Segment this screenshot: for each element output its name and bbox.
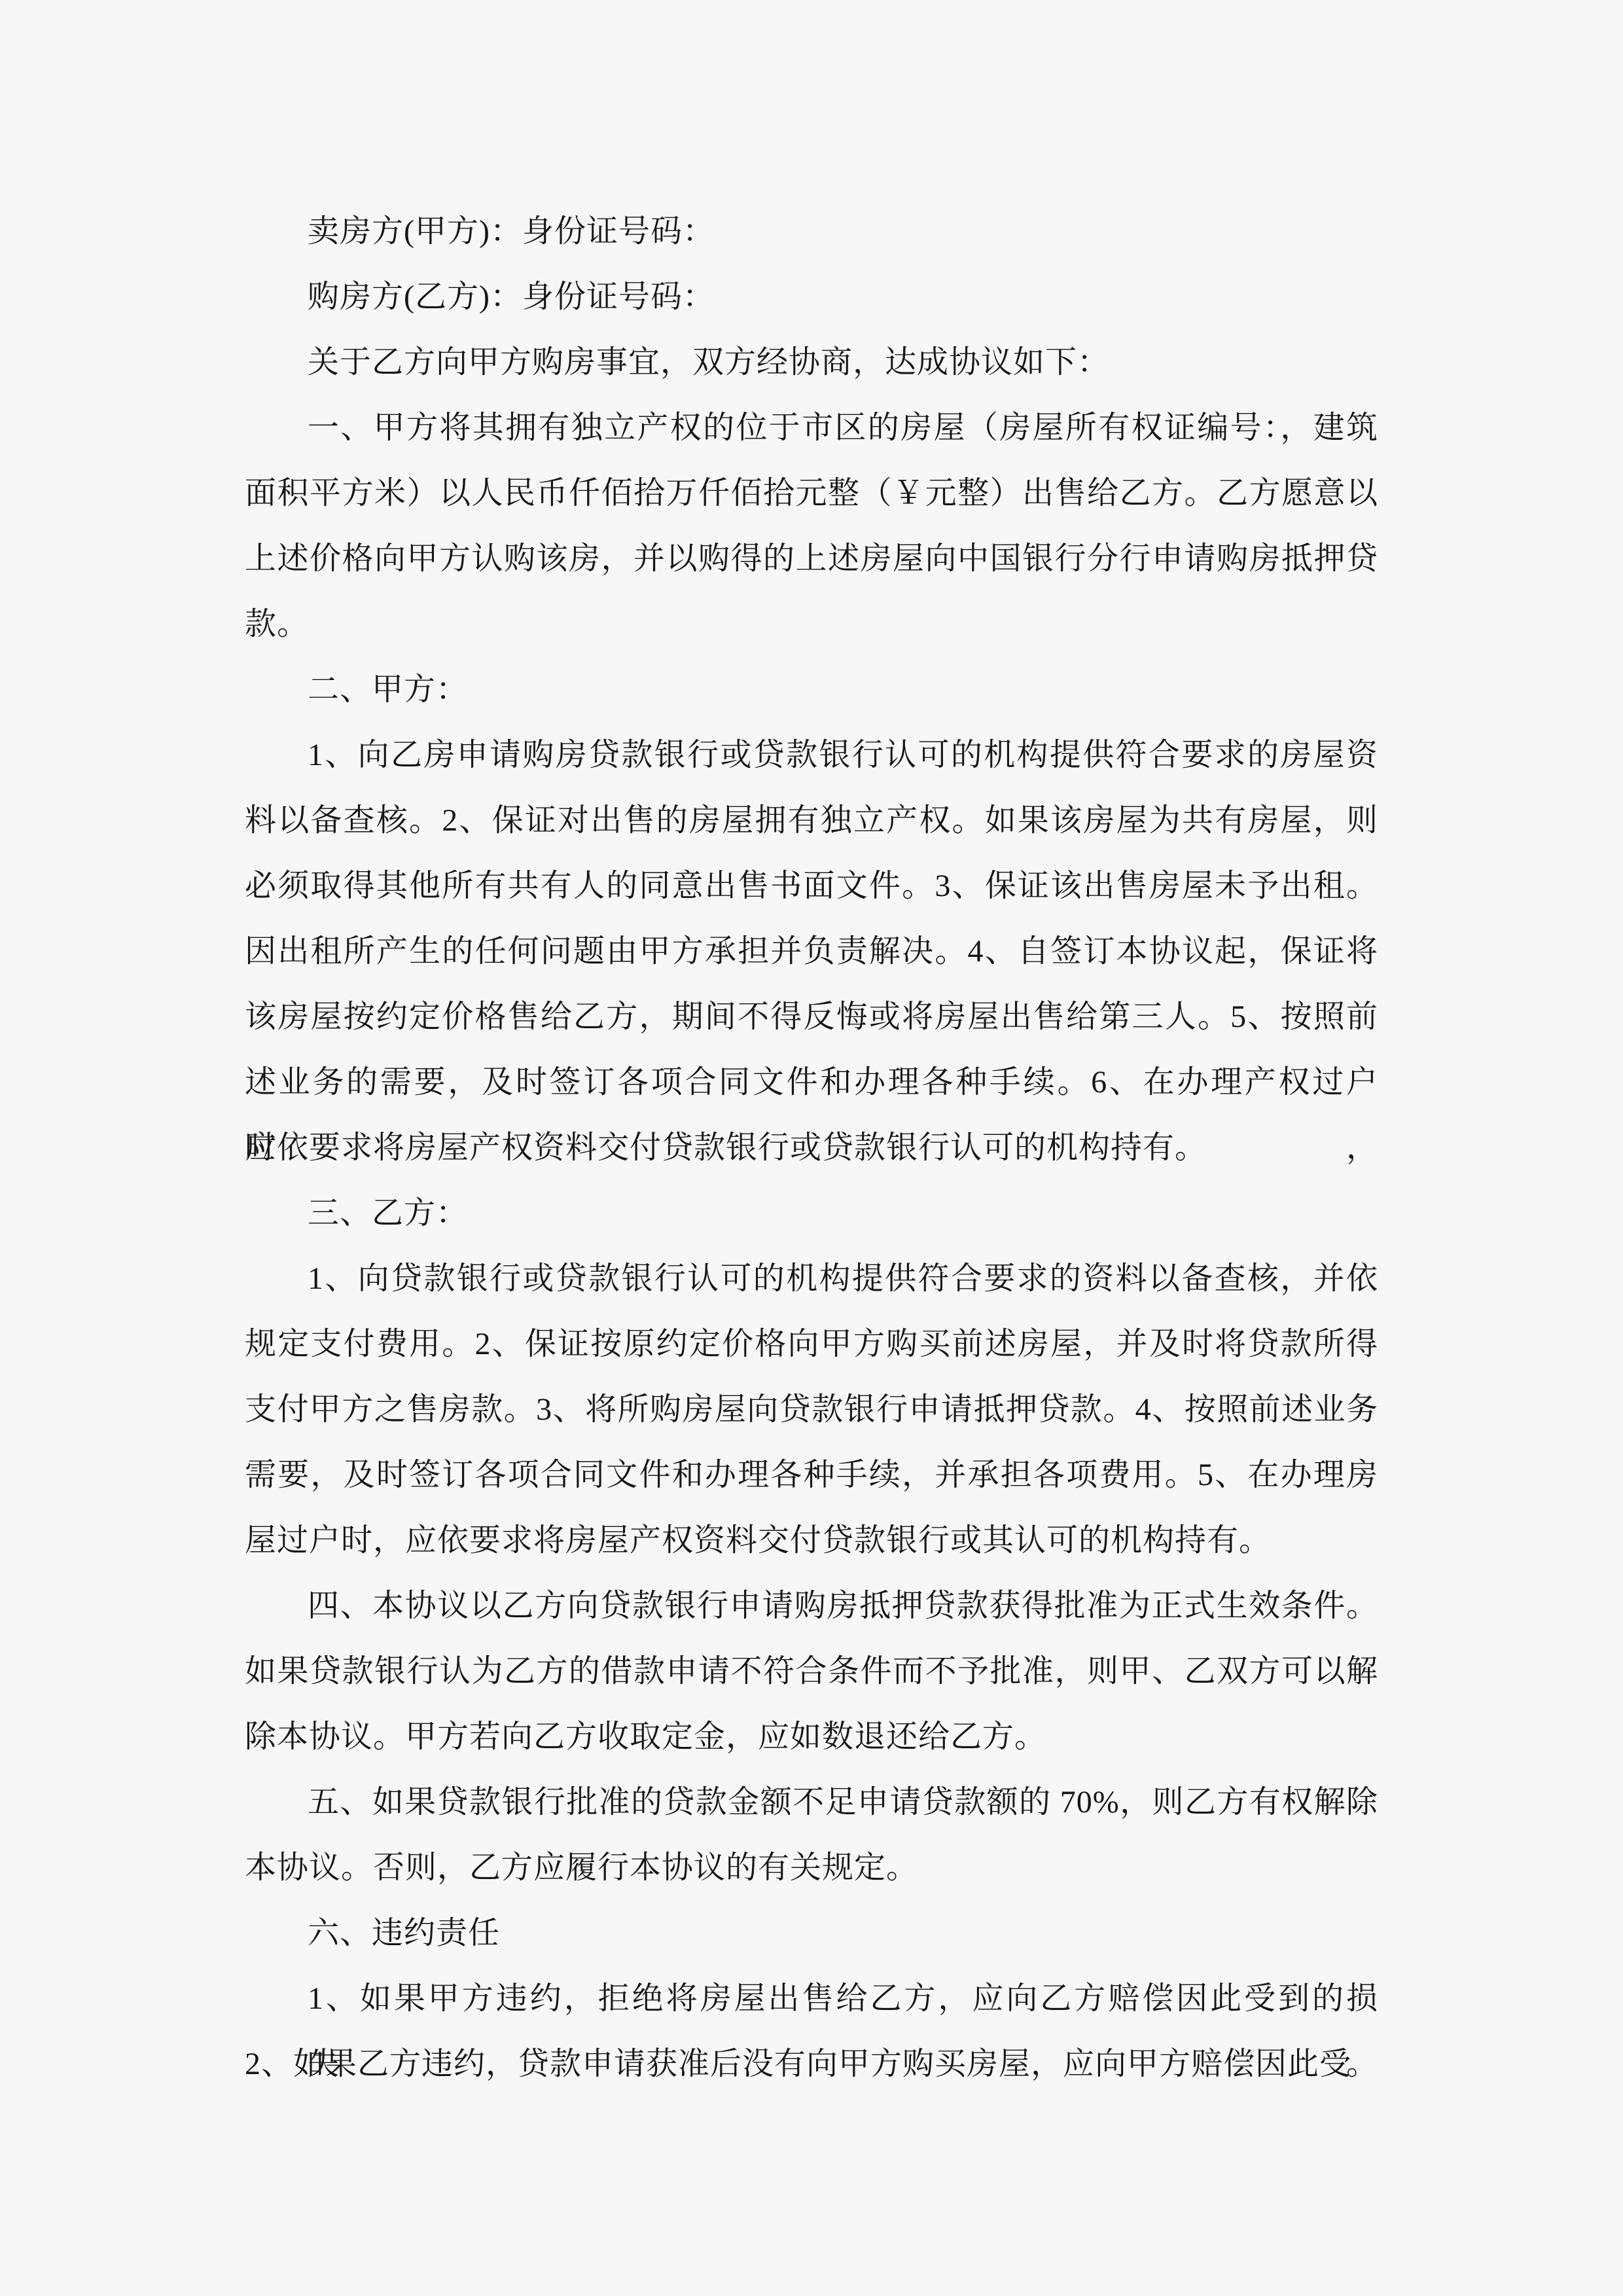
text-line: 二、甲方： — [245, 657, 1378, 723]
text-line: 一、甲方将其拥有独立产权的位于市区的房屋（房屋所有权证编号：，建筑 — [245, 395, 1378, 461]
text-line: 款。 — [245, 592, 1378, 657]
text-line: 六、违约责任 — [245, 1901, 1378, 1966]
text-line: 述业务的需要，及时签订各项合同文件和办理各种手续。6、在办理产权过户时， — [245, 1050, 1378, 1115]
text-line: 购房方(乙方)：身份证号码： — [245, 264, 1378, 330]
text-line: 该房屋按约定价格售给乙方，期间不得反悔或将房屋出售给第三人。5、按照前 — [245, 984, 1378, 1050]
text-line: 卖房方(甲方)：身份证号码： — [245, 199, 1378, 264]
text-line: 因出租所产生的任何问题由甲方承担并负责解决。4、自签订本协议起，保证将 — [245, 919, 1378, 984]
text-line: 五、如果贷款银行批准的贷款金额不足申请贷款额的 70%，则乙方有权解除 — [245, 1770, 1378, 1835]
document-page: 卖房方(甲方)：身份证号码：购房方(乙方)：身份证号码：关于乙方向甲方购房事宜，… — [0, 0, 1623, 2296]
text-line: 本协议。否则，乙方应履行本协议的有关规定。 — [245, 1835, 1378, 1901]
text-line: 屋过户时，应依要求将房屋产权资料交付贷款银行或其认可的机构持有。 — [245, 1508, 1378, 1573]
text-line: 上述价格向甲方认购该房，并以购得的上述房屋向中国银行分行申请购房抵押贷 — [245, 526, 1378, 592]
text-line: 面积平方米）以人民币仟佰拾万仟佰拾元整（￥元整）出售给乙方。乙方愿意以 — [245, 461, 1378, 526]
text-line: 2、如果乙方违约，贷款申请获准后没有向甲方购买房屋，应向甲方赔偿因此受 — [245, 2032, 1378, 2097]
text-line: 规定支付费用。2、保证按原约定价格向甲方购买前述房屋，并及时将贷款所得 — [245, 1312, 1378, 1377]
text-line: 除本协议。甲方若向乙方收取定金，应如数退还给乙方。 — [245, 1704, 1378, 1770]
text-line: 料以备查核。2、保证对出售的房屋拥有独立产权。如果该房屋为共有房屋，则 — [245, 788, 1378, 853]
text-line: 1、如果甲方违约，拒绝将房屋出售给乙方，应向乙方赔偿因此受到的损失。 — [245, 1966, 1378, 2032]
text-line: 支付甲方之售房款。3、将所购房屋向贷款银行申请抵押贷款。4、按照前述业务 — [245, 1377, 1378, 1443]
text-line: 四、本协议以乙方向贷款银行申请购房抵押贷款获得批准为正式生效条件。 — [245, 1573, 1378, 1639]
text-line: 必须取得其他所有共有人的同意出售书面文件。3、保证该出售房屋未予出租。 — [245, 853, 1378, 919]
text-line: 如果贷款银行认为乙方的借款申请不符合条件而不予批准，则甲、乙双方可以解 — [245, 1639, 1378, 1704]
document-body: 卖房方(甲方)：身份证号码：购房方(乙方)：身份证号码：关于乙方向甲方购房事宜，… — [245, 199, 1378, 2097]
text-line: 三、乙方： — [245, 1181, 1378, 1246]
text-line: 1、向乙房申请购房贷款银行或贷款银行认可的机构提供符合要求的房屋资 — [245, 723, 1378, 788]
text-line: 关于乙方向甲方购房事宜，双方经协商，达成协议如下： — [245, 330, 1378, 395]
text-line: 需要，及时签订各项合同文件和办理各种手续，并承担各项费用。5、在办理房 — [245, 1443, 1378, 1508]
text-line: 1、向贷款银行或贷款银行认可的机构提供符合要求的资料以备查核，并依 — [245, 1246, 1378, 1312]
